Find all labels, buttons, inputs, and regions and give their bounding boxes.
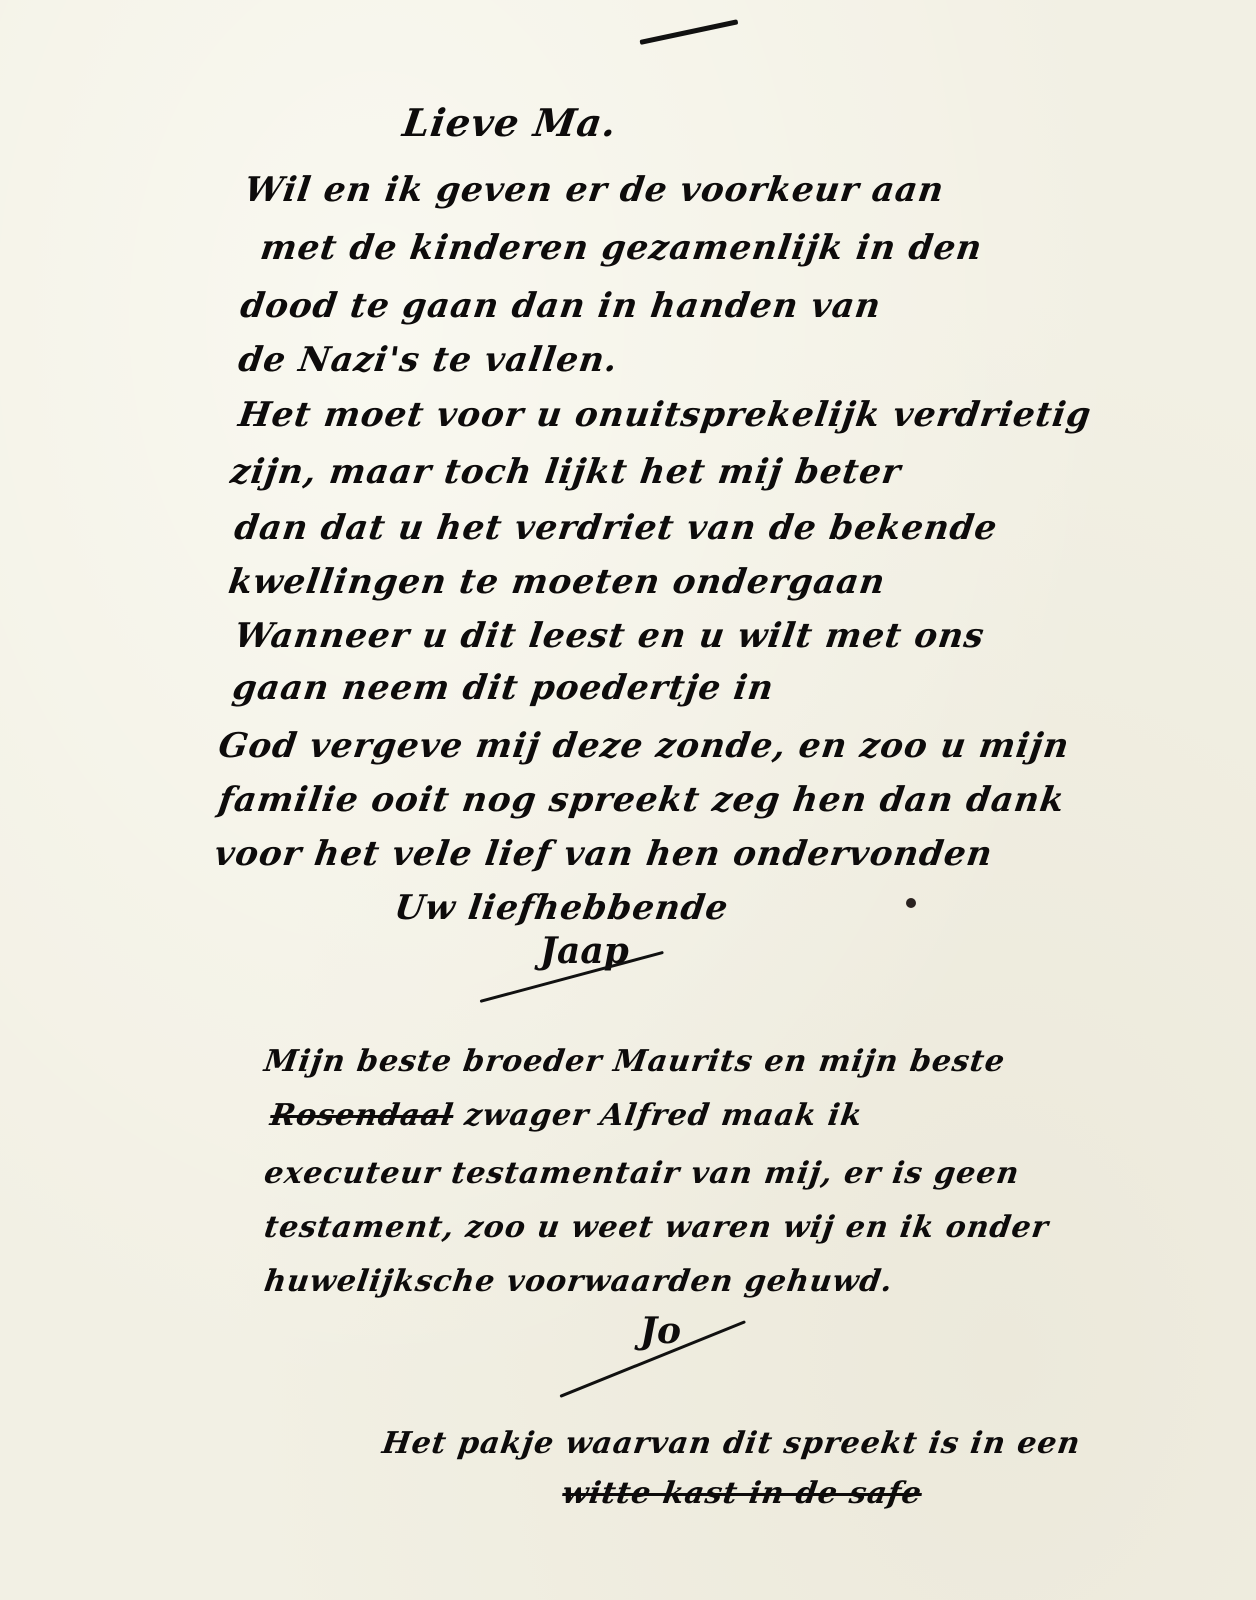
letter-line-5: Het moet voor u onuitsprekelijk verdriet… bbox=[236, 395, 1094, 435]
letter2-line-1: Mijn beste broeder Maurits en mijn beste bbox=[262, 1044, 1008, 1079]
pen-stroke-top bbox=[639, 19, 738, 45]
ink-blot bbox=[906, 898, 916, 908]
postscript-line-1: Het pakje waarvan dit spreekt is in een bbox=[380, 1426, 1083, 1461]
struck-word: Rosendaal bbox=[268, 1098, 456, 1133]
letter2-line-3: executeur testamentair van mij, er is ge… bbox=[262, 1156, 1022, 1191]
letter-line-1: Wil en ik geven er de voorkeur aan bbox=[242, 170, 947, 210]
letter-line-10: gaan neem dit poedertje in bbox=[230, 668, 777, 708]
letter-closing: Uw liefhebbende bbox=[392, 888, 731, 928]
signature-jo: Jo bbox=[640, 1310, 681, 1352]
letter2-line-2: Rosendaal zwager Alfred maak ik bbox=[268, 1098, 865, 1133]
postscript-line-2: witte kast in de safe bbox=[560, 1476, 924, 1511]
letter-line-2: met de kinderen gezamenlijk in den bbox=[258, 228, 985, 268]
letter-line-11: God vergeve mij deze zonde, en zoo u mij… bbox=[216, 726, 1072, 766]
letter2-line-4: testament, zoo u weet waren wij en ik on… bbox=[262, 1210, 1051, 1245]
letter-line-4: de Nazi's te vallen. bbox=[236, 340, 621, 380]
letter2-line-5: huwelijksche voorwaarden gehuwd. bbox=[262, 1264, 895, 1299]
letter-line-3: dood te gaan dan in handen van bbox=[238, 286, 884, 326]
letter-line-7: dan dat u het verdriet van de bekende bbox=[232, 508, 1000, 548]
letter-page: Lieve Ma. Wil en ik geven er de voorkeur… bbox=[0, 0, 1256, 1600]
letter-line-13: voor het vele lief van hen ondervonden bbox=[212, 834, 995, 874]
greeting: Lieve Ma. bbox=[400, 100, 620, 145]
letter-line-9: Wanneer u dit leest en u wilt met ons bbox=[232, 616, 987, 656]
letter2-line-2-text: zwager Alfred maak ik bbox=[462, 1098, 864, 1133]
letter-line-12: familie ooit nog spreekt zeg hen dan dan… bbox=[216, 780, 1067, 820]
letter-line-6: zijn, maar toch lijkt het mij beter bbox=[228, 452, 904, 492]
letter-line-8: kwellingen te moeten ondergaan bbox=[226, 562, 888, 602]
